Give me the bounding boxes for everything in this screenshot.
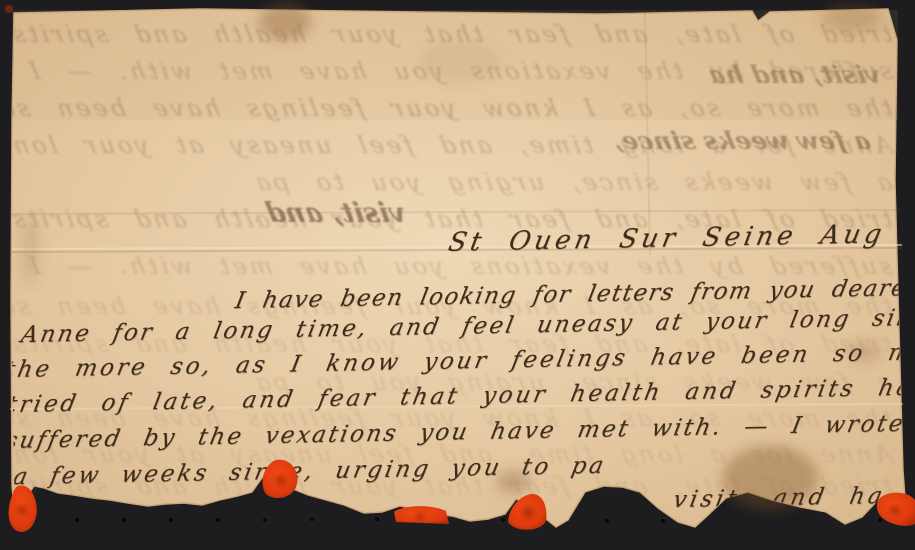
bleedthrough-dark-fragment: a few weeks since, urging you to pa xyxy=(607,126,873,155)
bleedthrough-line: tried of late, and fear that your health… xyxy=(17,20,895,48)
text-layer: tried of late, and fear that your health… xyxy=(0,0,915,550)
bleedthrough-line: the more so, as I know your feelings hav… xyxy=(17,94,895,122)
pin-hole xyxy=(74,517,80,523)
bleedthrough-line: a few weeks since, urging you to pa xyxy=(17,168,895,196)
pin-hole xyxy=(374,516,380,522)
pin-hole xyxy=(262,517,268,523)
pin-hole xyxy=(121,517,127,523)
pin-hole xyxy=(604,518,610,524)
wax-speck xyxy=(5,5,13,13)
pin-hole xyxy=(877,517,883,523)
bleedthrough-dark-fragment: visit, and ha xyxy=(252,198,409,229)
letter-scan: tried of late, and fear that your health… xyxy=(0,0,915,550)
pin-hole xyxy=(500,517,506,523)
bleedthrough-dark-fragment: visit, and ha xyxy=(657,60,883,89)
pin-hole xyxy=(168,517,174,523)
pin-hole xyxy=(309,516,315,522)
pin-hole xyxy=(27,518,33,524)
pin-hole xyxy=(660,518,666,524)
pin-hole xyxy=(215,517,221,523)
